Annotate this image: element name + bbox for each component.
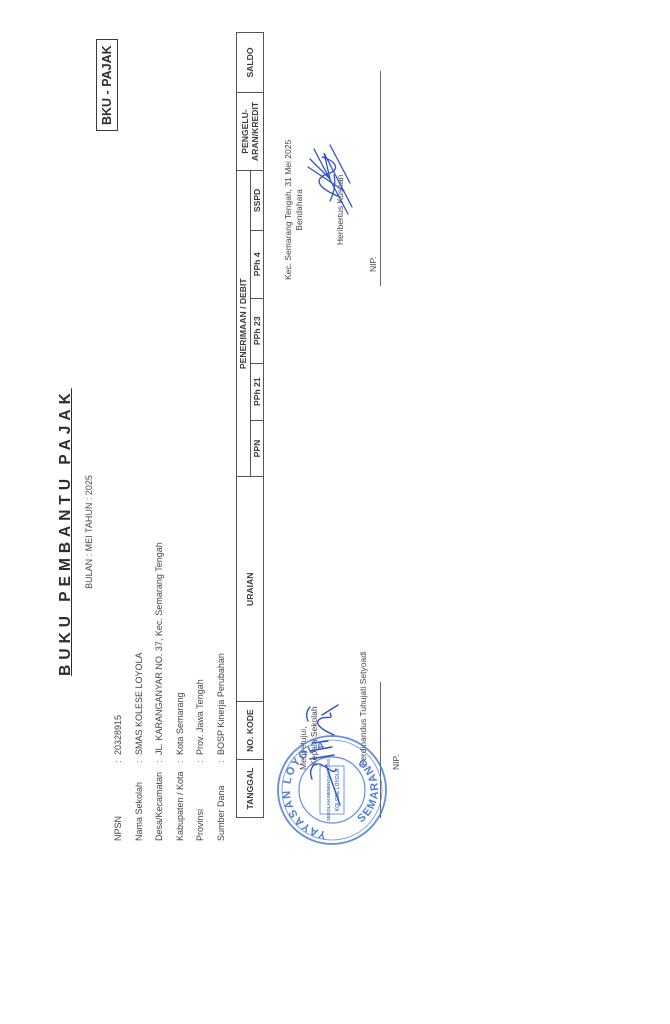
- col-header-tanggal: TANGGAL: [237, 760, 264, 818]
- col-header-sspd: SSPD: [250, 170, 264, 230]
- info-row-fund-source: Sumber Dana:BOSP Kinerja Perubahan: [216, 542, 237, 841]
- place-date: Kec. Semarang Tengah, 31 Mei 2025: [283, 140, 294, 280]
- stamp-inner-text-1: SEKOLAH MENENGAH ATAS: [326, 759, 331, 821]
- document-page: BUKU PEMBANTU PAJAK BULAN : MEI TAHUN : …: [0, 0, 670, 1024]
- treasurer-nip: NIP.: [368, 140, 379, 280]
- principal-nip: NIP.: [391, 651, 402, 780]
- col-header-pph4: PPh 4: [250, 230, 264, 298]
- document-type-badge: BKU - PAJAK: [96, 39, 118, 131]
- col-header-ppn: PPN: [250, 420, 264, 477]
- info-value: SMAS KOLESE LOYOLA: [134, 652, 155, 755]
- info-row-npsn: NPSN:20328915: [113, 542, 134, 841]
- col-group-penerimaan-debit: PENERIMAAN / DEBIT: [237, 170, 251, 477]
- info-label: Nama Sekolah: [134, 763, 155, 841]
- stamp-inner-text-2: KOLESE LOYOLA: [335, 768, 341, 811]
- tax-ledger-table: TANGGAL NO. KODE URAIAN PENERIMAAN / DEB…: [236, 32, 264, 818]
- info-value: Kota Semarang: [175, 692, 196, 755]
- info-value: BOSP Kinerja Perubahan: [216, 653, 237, 755]
- treasurer-signature: [300, 139, 360, 219]
- col-header-pph23: PPh 23: [250, 298, 264, 363]
- document-subtitle: BULAN : MEI TAHUN : 2025: [84, 0, 94, 1024]
- col-header-saldo: SALDO: [237, 33, 264, 93]
- info-row-city: Kabupaten / Kota:Kota Semarang: [175, 542, 196, 841]
- info-label: Sumber Dana: [216, 763, 237, 841]
- treasurer-signature-line: [380, 71, 381, 286]
- svg-text:SEMARANG: SEMARANG: [355, 755, 381, 825]
- official-stamp: YAYASAN LOYOLA SEMARANG SEKOLAH MENENGAH…: [276, 734, 388, 846]
- info-value: Prov. Jawa Tengah: [195, 679, 216, 755]
- info-label: Provinsi: [195, 763, 216, 841]
- document-title: BUKU PEMBANTU PAJAK: [57, 0, 75, 1024]
- info-value: 20328915: [113, 715, 134, 755]
- info-label: NPSN: [113, 763, 134, 841]
- col-header-pengeluaran-kredit: PENGELU-ARAN/KREDIT: [237, 93, 264, 171]
- col-header-pph21: PPh 21: [250, 363, 264, 420]
- col-header-uraian: URAIAN: [237, 477, 264, 702]
- info-label: Desa/Kecamatan: [154, 763, 175, 841]
- school-info: NPSN:20328915 Nama Sekolah:SMAS KOLESE L…: [113, 542, 236, 841]
- info-row-address: Desa/Kecamatan:JL. KARANGANYAR NO. 37, K…: [154, 542, 175, 841]
- info-row-province: Provinsi:Prov. Jawa Tengah: [195, 542, 216, 841]
- col-header-no-kode: NO. KODE: [237, 702, 264, 760]
- info-label: Kabupaten / Kota: [175, 763, 196, 841]
- stamp-bottom-text: SEMARANG: [355, 755, 381, 825]
- info-value: JL. KARANGANYAR NO. 37, Kec. Semarang Te…: [154, 542, 175, 755]
- info-row-school-name: Nama Sekolah:SMAS KOLESE LOYOLA: [134, 542, 155, 841]
